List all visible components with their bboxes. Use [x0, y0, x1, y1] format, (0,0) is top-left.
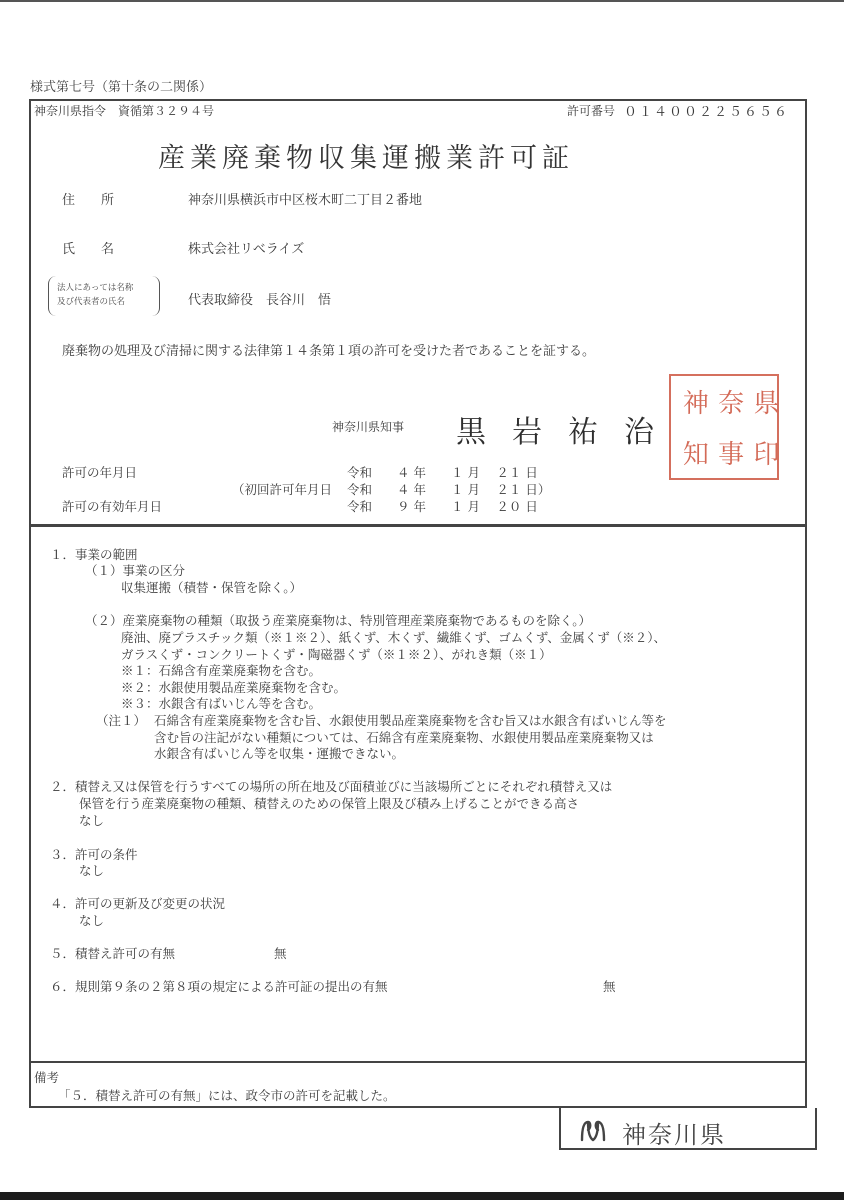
bottom-bar [0, 1192, 844, 1200]
initial-permit-label: （初回許可年月日 [232, 480, 332, 498]
initial-permit-date: 令和 ４ 年 １ 月 ２１ 日） [347, 480, 550, 498]
seal-char: 神 [671, 389, 706, 415]
address-value: 神奈川県横浜市中区桜木町二丁目２番地 [188, 189, 422, 208]
representative-label-line2: 及び代表者の氏名 [57, 295, 159, 309]
seal-char: 奈 [706, 389, 741, 415]
governor-title: 神奈川県知事 [332, 418, 404, 435]
notes-text: 「５．積替え許可の有無」には、政令市の許可を記載した。 [58, 1086, 396, 1104]
name-value: 株式会社リベライズ [188, 238, 304, 257]
section-6-heading: ６．規則第９条の２第８項の規定による許可証の提出の有無 [50, 977, 388, 995]
section-4-value: なし [79, 911, 104, 929]
issuer-name: 神奈川県 [622, 1115, 726, 1150]
section-1-1-value: 収集運搬（積替・保管を除く。） [121, 578, 302, 596]
top-border-line [0, 0, 844, 2]
certificate-title: 産業廃棄物収集運搬業許可証 [158, 136, 574, 175]
seal-char: 県 [742, 389, 777, 415]
section-5-value: 無 [274, 944, 287, 962]
expiry-date-label: 許可の有効年月日 [62, 497, 162, 515]
section-2-line1: ２．積替え又は保管を行うすべての場所の所在地及び面積並びに当該場所ごとにそれぞれ… [50, 777, 612, 795]
representative-value: 代表取締役 長谷川 悟 [188, 289, 331, 308]
permit-number: ０１４００２２５６５６ [624, 101, 789, 120]
notes-label: 備考 [34, 1068, 59, 1086]
form-number: 様式第七号（第十条の二関係） [30, 76, 212, 95]
seal-char: 事 [706, 440, 741, 466]
representative-label: 法人にあっては名称 及び代表者の氏名 [48, 276, 160, 316]
section-3-value: なし [79, 861, 104, 879]
governor-seal: 神 奈 県 知 事 印 [669, 374, 779, 480]
directive-number: 神奈川県指令 資循第３２９４号 [34, 102, 214, 119]
kanagawa-emblem-icon [578, 1118, 608, 1148]
footnote-1: ※１：石綿含有産業廃棄物を含む。 [121, 661, 321, 679]
footnote-3: ※３：水銀含有ばいじん等を含む。 [121, 694, 321, 712]
section-1-2-heading: （２）産業廃棄物の種類（取扱う産業廃棄物は、特別管理産業廃棄物であるものを除く。… [85, 611, 591, 629]
permit-date: 令和 ４ 年 １ 月 ２１ 日 [347, 463, 538, 481]
seal-char: 知 [671, 440, 706, 466]
representative-label-line1: 法人にあっては名称 [57, 281, 159, 295]
certification-statement: 廃棄物の処理及び清掃に関する法律第１４条第１項の許可を受けた者であることを証する… [62, 340, 595, 359]
waste-types-line1: 廃油、廃プラスチック類（※１※２）、紙くず、木くず、繊維くず、ゴムくず、金属くず… [121, 628, 666, 646]
address-label: 住 所 [62, 189, 114, 208]
name-label: 氏 名 [62, 238, 114, 257]
remark-1-line3: 水銀含有ばいじん等を収集・運搬できない。 [154, 744, 404, 762]
permit-date-label: 許可の年月日 [62, 463, 137, 481]
section-6-value: 無 [603, 977, 616, 995]
remark-1-line1: 石綿含有産業廃棄物を含む旨、水銀使用製品産業廃棄物を含む旨又は水銀含有ばいじん等… [154, 711, 667, 729]
section-5-heading: ５．積替え許可の有無 [50, 944, 175, 962]
permit-number-label: 許可番号 [567, 102, 615, 119]
section-2-value: なし [79, 811, 104, 829]
remark-1-label: （注１） [96, 711, 146, 729]
governor-name: 黒岩祐治 [456, 407, 680, 451]
seal-char: 印 [742, 440, 777, 466]
section-4-heading: ４．許可の更新及び変更の状況 [50, 894, 225, 912]
expiry-date: 令和 ９ 年 １ 月 ２０ 日 [347, 497, 538, 515]
section-2-line2: 保管を行う産業廃棄物の種類、積替えのための保管上限及び積み上げることができる高さ [79, 794, 579, 812]
section-1-1-heading: （１）事業の区分 [85, 561, 185, 579]
